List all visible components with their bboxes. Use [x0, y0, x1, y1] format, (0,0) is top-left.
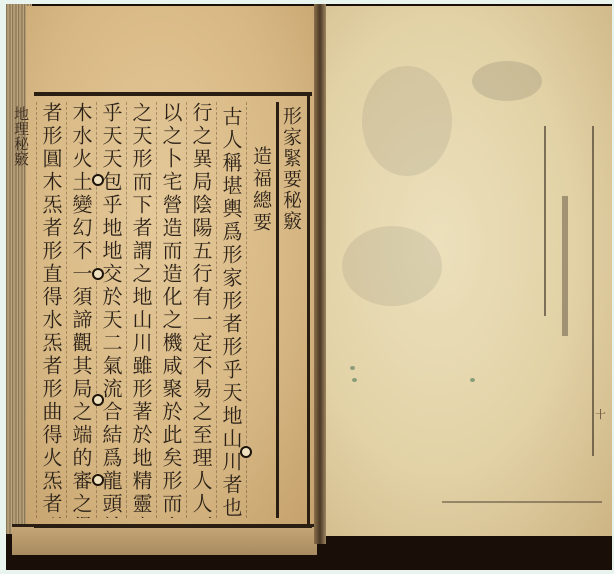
edge-label: 地理秘竅: [14, 102, 36, 518]
show-through-line: [544, 126, 546, 316]
punctuation-circle-icon: [92, 174, 104, 186]
text-column-3: 以之卜宅營造而造化之機咸聚於此矣形而上者謂: [156, 102, 186, 518]
mold-spot: [350, 366, 355, 370]
text-column-2: 行之異局陰陽五行有一定不易之至理人人可與知: [186, 102, 216, 518]
text-columns: 形家緊要秘竅 造福總要 古人稱堪輿爲形家形者形乎天地山川者也有陰陽五 行之異局陰…: [34, 102, 306, 518]
right-page: 十: [322, 6, 612, 536]
mold-spot: [470, 378, 475, 382]
right-margin-mark: 十: [595, 406, 606, 422]
left-page-bottom-edge: [12, 524, 317, 555]
punctuation-circle-icon: [92, 268, 104, 280]
stain: [342, 226, 442, 306]
text-column-4: 之天形而下者謂之地山川雖形著於地精靈實上應: [126, 102, 156, 518]
book-gutter: [314, 4, 326, 544]
text-column-5: 乎天天包乎地地交於天二氣流合結爲龍頭於是金: [96, 102, 126, 518]
show-through-line: [442, 501, 602, 503]
punctuation-circle-icon: [240, 446, 252, 458]
printed-block-frame: 形家緊要秘竅 造福總要 古人稱堪輿爲形家形者形乎天地山川者也有陰陽五 行之異局陰…: [34, 92, 312, 528]
show-through-text: [562, 196, 568, 336]
book-photo: 十 形家緊要秘竅 造福總要 古人稱堪輿爲形家形者形乎天地山川者也有陰陽五 行之異…: [6, 4, 612, 570]
mold-spot: [352, 378, 357, 382]
stain: [362, 66, 452, 176]
punctuation-circle-icon: [92, 474, 104, 486]
text-column-6: 木水火土變幻不一須諦觀其局之端的審之得金炁: [66, 102, 96, 518]
show-through-line: [592, 126, 594, 456]
punctuation-circle-icon: [92, 394, 104, 406]
text-column-7: 者形圓木炁者形直得水炁者形曲得火炁者形尖得: [36, 102, 66, 518]
title-column: 形家緊要秘竅: [276, 102, 306, 518]
stain: [472, 61, 542, 101]
